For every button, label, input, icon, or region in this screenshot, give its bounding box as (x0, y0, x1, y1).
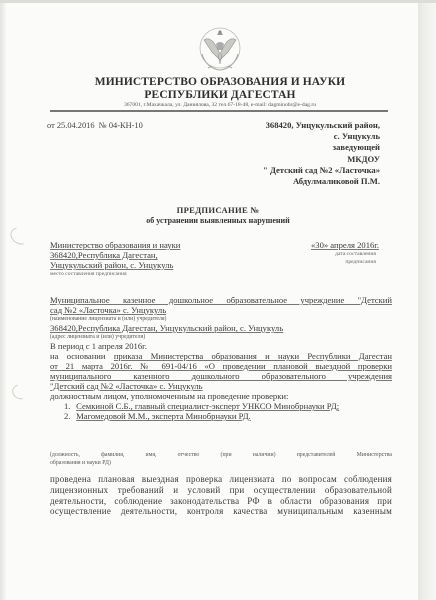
inspectors-intro: должностным лицом, уполномоченным на про… (50, 391, 392, 401)
place-line: Унцукульский район, с. Унцукуль (50, 260, 180, 270)
inspectors-caption-block: (должность, фамилия, имя, отчество (при … (50, 451, 392, 467)
conclusion-line: осуществление деятельности, контроля кач… (50, 506, 392, 517)
inspector-item: 1. Семкиной С.Б., главный специалист-экс… (50, 401, 392, 411)
addressee-line: " Детский сад №2 «Ласточка» (263, 165, 380, 176)
inspector-text: Магомедовой М.М., эксперта Минобрнауки Р… (76, 411, 251, 421)
issue-date-block: «30» апреля 2016г. дата составления пред… (311, 240, 379, 266)
reference-date-prefix: от (47, 121, 55, 130)
ministry-address: 367001, г.Махачкала, ул. Даниялова, 32 т… (10, 102, 430, 108)
inspectors-caption-line1: (должность, фамилия, имя, отчество (при … (50, 451, 392, 459)
inspection-period: В период с 1 апреля 2016г. (50, 341, 392, 351)
basis-line2: от 21 марта 2016г. № 691-04/16 «О провед… (50, 361, 392, 371)
inspectors-caption-line2: образования и науки РД) (50, 459, 392, 467)
issue-date-caption-1: дата составления (311, 250, 379, 258)
conclusion-line: проведена плановая выездная проверка лиц… (50, 474, 392, 485)
place-caption: место составления предписания (50, 270, 180, 278)
document-title: ПРЕДПИСАНИЕ № (0, 205, 436, 215)
addressee-line: 368420, Унцукульский район, (263, 120, 380, 131)
addressee-line: заведующей (263, 142, 380, 153)
document-subtitle: об устранении выявленных нарушений (0, 216, 436, 225)
issue-date-caption-2: предписания (311, 258, 379, 266)
header-divider (50, 110, 388, 112)
inspector-text: Семкиной С.Б., главный специалист-экспер… (76, 401, 339, 411)
licensee-name-caption: (наименование лицензиата и (или) учредит… (50, 315, 392, 323)
inspector-num: 1. (64, 401, 74, 411)
basis-line3: муниципального казенного дошкольного обр… (50, 371, 392, 381)
licensee-block: Муниципальное казенное дошкольное образо… (50, 295, 392, 421)
basis-line4: "Детский сад №2 «Ласточка» с. Унцукуль (50, 381, 203, 391)
conclusion-paragraph: проведена плановая выездная проверка лиц… (50, 474, 392, 517)
ministry-name-line2: РЕСПУБЛИКИ ДАГЕСТАН (10, 89, 430, 101)
conclusion-line: деятельности, соблюдение законодательств… (50, 496, 392, 507)
place-line: 368420,Республика Дагестан, (50, 250, 180, 260)
inspector-num: 2. (64, 411, 74, 421)
place-of-issue-block: Министерство образования и науки 368420,… (50, 240, 180, 278)
basis-line1: на основании приказа Министерства образо… (50, 351, 392, 361)
licensee-name-line1: Муниципальное казенное дошкольное образо… (50, 295, 392, 305)
reference-number-prefix: № (99, 121, 107, 130)
basis-prefix: на основании (50, 351, 106, 361)
conclusion-line: лицензионных требований и условий при ос… (50, 485, 392, 496)
inspector-item: 2. Магомедовой М.М., эксперта Минобрнаук… (50, 411, 392, 421)
dagestan-coat-of-arms-icon (196, 24, 244, 74)
licensee-address-caption: (адрес лицензиата и (или) учредителя) (50, 333, 392, 341)
basis-order-title: приказа Министерства образования и науки… (114, 351, 392, 361)
reference-date: 25.04.2016 (57, 121, 95, 130)
licensee-address: 368420,Республика Дагестан, Унцукульский… (50, 323, 283, 333)
addressee-line: МКДОУ (263, 154, 380, 165)
reference-number: 04-КН-10 (109, 121, 143, 130)
reference-line: от 25.04.2016 № 04-КН-10 (47, 121, 143, 130)
place-line: Министерство образования и науки (50, 240, 180, 250)
scan-edge-top (0, 0, 436, 3)
addressee-line: с. Унцукуль (263, 131, 380, 142)
addressee-line: Абдулмаликовой П.М. (263, 176, 380, 187)
licensee-name-line2: сад №2 «Ласточка» с. Унцукуль (50, 305, 166, 315)
addressee-block: 368420, Унцукульский район, с. Унцукуль … (263, 120, 380, 187)
scan-edge-left (0, 0, 6, 600)
issue-date: «30» апреля 2016г. (311, 240, 379, 250)
ministry-name-line1: МИНИСТЕРСТВО ОБРАЗОВАНИЯ И НАУКИ (10, 76, 430, 88)
